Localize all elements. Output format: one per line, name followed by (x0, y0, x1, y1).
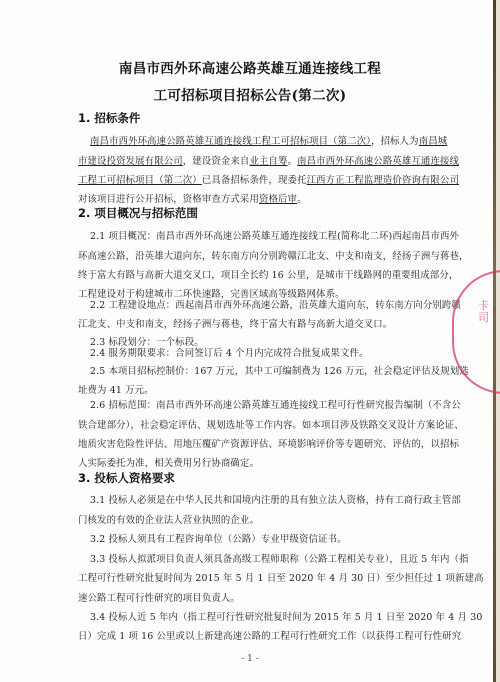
section2-line: 2.2 工程建设地点：西起南昌市西外环高速公路，沿英雄大道向东，转东南方向分别跨… (90, 297, 461, 311)
section2-line: 江北支、中支和南支，经扬子洲与蒋巷，终于富大有路与高新大道交叉口。 (78, 316, 392, 330)
section-heading-2: 2. 项目概况与招标范围 (78, 205, 198, 221)
document-page: 南昌市西外环高速公路英雄互通连接线工程 工可招标项目招标公告(第二次) 1. 招… (0, 0, 500, 682)
section2-line: 人实际委托为准，相关费用另行协商确定。 (78, 455, 259, 469)
section2-line: 址费为 41 万元。 (78, 382, 154, 396)
section2-line: 2.4 服务期限要求：合同签订后 4 个月内完成符合批复成果文件。 (90, 345, 369, 359)
project-name-underlined: 南昌市西外环高速公路英雄互通连接线工程工可招标项目（第二次） (90, 136, 371, 147)
section1-line-3: 工程工可招标项目（第二次）已具备招标条件，现委托江西方正工程监理造价咨询有限公司 (78, 172, 459, 186)
section2-line: 2.1 项目概况：南昌市西外环高速公路英雄互通连接线工程(简称北二环)西起南昌市… (90, 228, 459, 242)
document-title-line1: 南昌市西外环高速公路英雄互通连接线工程 (0, 57, 500, 77)
page-number: - 1 - (0, 654, 500, 664)
section3-line: 门核发的有效的企业法人营业执照的企业。 (78, 512, 259, 526)
tenderer-name-underlined: 南昌城 (419, 136, 448, 147)
section3-line: 3.1 投标人必须是在中华人民共和国境内注册的具有独立法人资格，持有工商行政主管… (90, 492, 461, 506)
funding-source-underlined: 业主自筹 (249, 156, 287, 167)
section2-line: 2.6 招标范围：南昌市西外环高速公路英雄互通连接线工程可行性研究报告编制（不含… (90, 397, 461, 411)
section3-line: 3.3 投标人拟派项目负责人须具备高级工程师职称（公路工程相关专业），且近 5 … (90, 551, 469, 565)
section3-line: 速公路工程可行性研究的项目负责人。 (78, 590, 240, 604)
section3-line: 3.2 投标人须具有工程咨询单位（公路）专业甲级资信证书。 (90, 531, 347, 545)
section1-line-1: 南昌市西外环高速公路英雄互通连接线工程工可招标项目（第二次），招标人为南昌城 (90, 133, 447, 147)
section2-line: 终于富大有路与高新大道交叉口，项目全长约 16 公里，是城市干线路网的重要组成部… (78, 267, 458, 281)
section-heading-1: 1. 招标条件 (78, 110, 140, 126)
section3-line: 3.4 投标人近 5 年内（指工程可行性研究批复时间为 2015 年 5 月 1… (90, 609, 482, 623)
section-heading-3: 3. 投标人资格要求 (78, 470, 175, 486)
section3-line: 日）完成 1 项 16 公里或以上新建高速公路的工程可行性研究工作（以获得工程可… (78, 628, 461, 642)
section2-line: 2.5 本项目招标控制价：167 万元，其中工可编制费为 126 万元，社会稳定… (90, 363, 469, 377)
seal-stamp-text: 卡司 (478, 300, 492, 324)
section2-line: 地质灾害危险性评估、用地压覆矿产资源评估、环境影响评价等专题研究、评估的，以招标 (78, 436, 459, 450)
document-title-line2: 工可招标项目招标公告(第二次) (0, 84, 500, 104)
section1-line-2: 市建设投资发展有限公司，建设资金来自业主自筹。南昌市西外环高速公路英雄互通连接线 (78, 153, 459, 167)
section2-line: 环高速公路，沿英雄大道向东，转东南方向分别跨赣江北支、中支和南支，经扬子洲与蒋巷… (78, 248, 469, 262)
section2-line: 铁合建部分），社会稳定评估、规划选址等工作内容。如本项目涉及铁路交叉设计方案论证… (78, 417, 464, 431)
section1-line-4: 对该项目进行公开招标，资格审查方式采用资格后审。 (78, 191, 307, 205)
agency-name-underlined: 江西方正工程监理造价咨询有限公司 (307, 175, 459, 186)
qualification-review-underlined: 资格后审 (259, 194, 297, 205)
section3-line: 工程可行性研究批复时间为 2015 年 5 月 1 日至 2020 年 4 月 … (78, 570, 484, 584)
